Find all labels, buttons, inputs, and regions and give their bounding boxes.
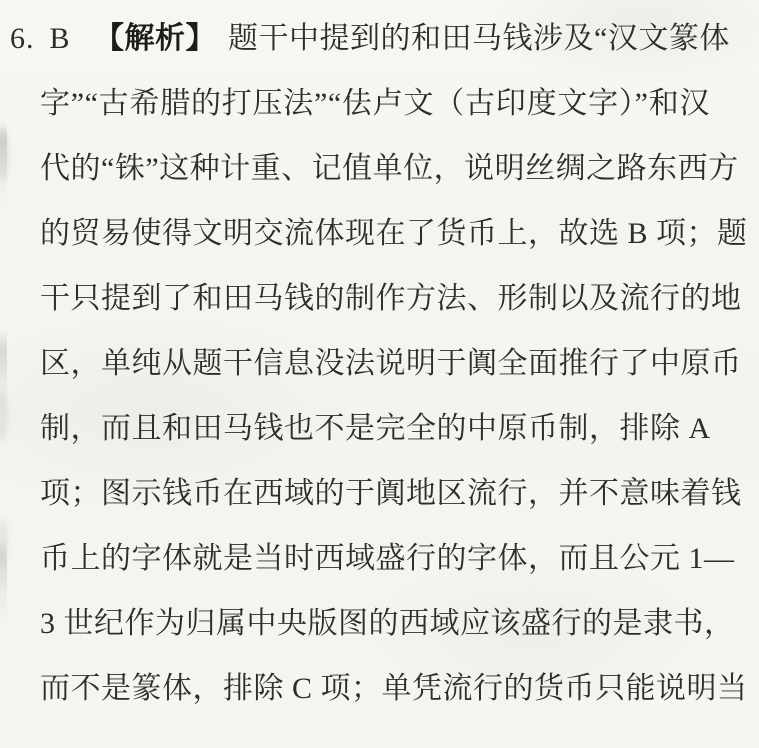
scanned-page: 6. B 【解析】 题干中提到的和田马钱涉及“汉文篆体 字”“古希腊的打压法”“… [0,0,759,748]
analysis-line-1: 6. B 【解析】 题干中提到的和田马钱涉及“汉文篆体 [10,6,710,71]
analysis-text: 题干中提到的和田马钱涉及“汉文篆体 [228,22,730,55]
analysis-line-10: 3 世纪作为归属中央版图的西域应该盛行的是隶书， [10,591,710,656]
analysis-line-6: 区，单纯从题干信息没法说明于阗全面推行了中原币 [10,331,710,396]
analysis-line-8: 项；图示钱币在西域的于阗地区流行，并不意味着钱 [10,461,710,526]
question-number: 6. [10,22,35,55]
answer-explanation-block: 6. B 【解析】 题干中提到的和田马钱涉及“汉文篆体 字”“古希腊的打压法”“… [10,6,710,721]
scan-edge-artifact [0,0,7,748]
analysis-line-2: 字”“古希腊的打压法”“佉卢文（古印度文字）”和汉 [10,71,710,136]
scan-smudge [0,128,10,180]
analysis-line-3: 代的“铢”这种计重、记值单位，说明丝绸之路东西方 [10,136,710,201]
analysis-label: 【解析】 [94,22,216,55]
analysis-line-5: 干只提到了和田马钱的制作方法、形制以及流行的地 [10,266,710,331]
analysis-line-4: 的贸易使得文明交流体现在了货币上，故选 B 项；题 [10,201,710,266]
answer-letter: B [50,22,71,55]
analysis-line-9: 币上的字体就是当时西域盛行的字体，而且公元 1— [10,526,710,591]
analysis-line-7: 制，而且和田马钱也不是完全的中原币制，排除 A [10,396,710,461]
analysis-line-11: 而不是篆体，排除 C 项；单凭流行的货币只能说明当 [10,656,710,721]
